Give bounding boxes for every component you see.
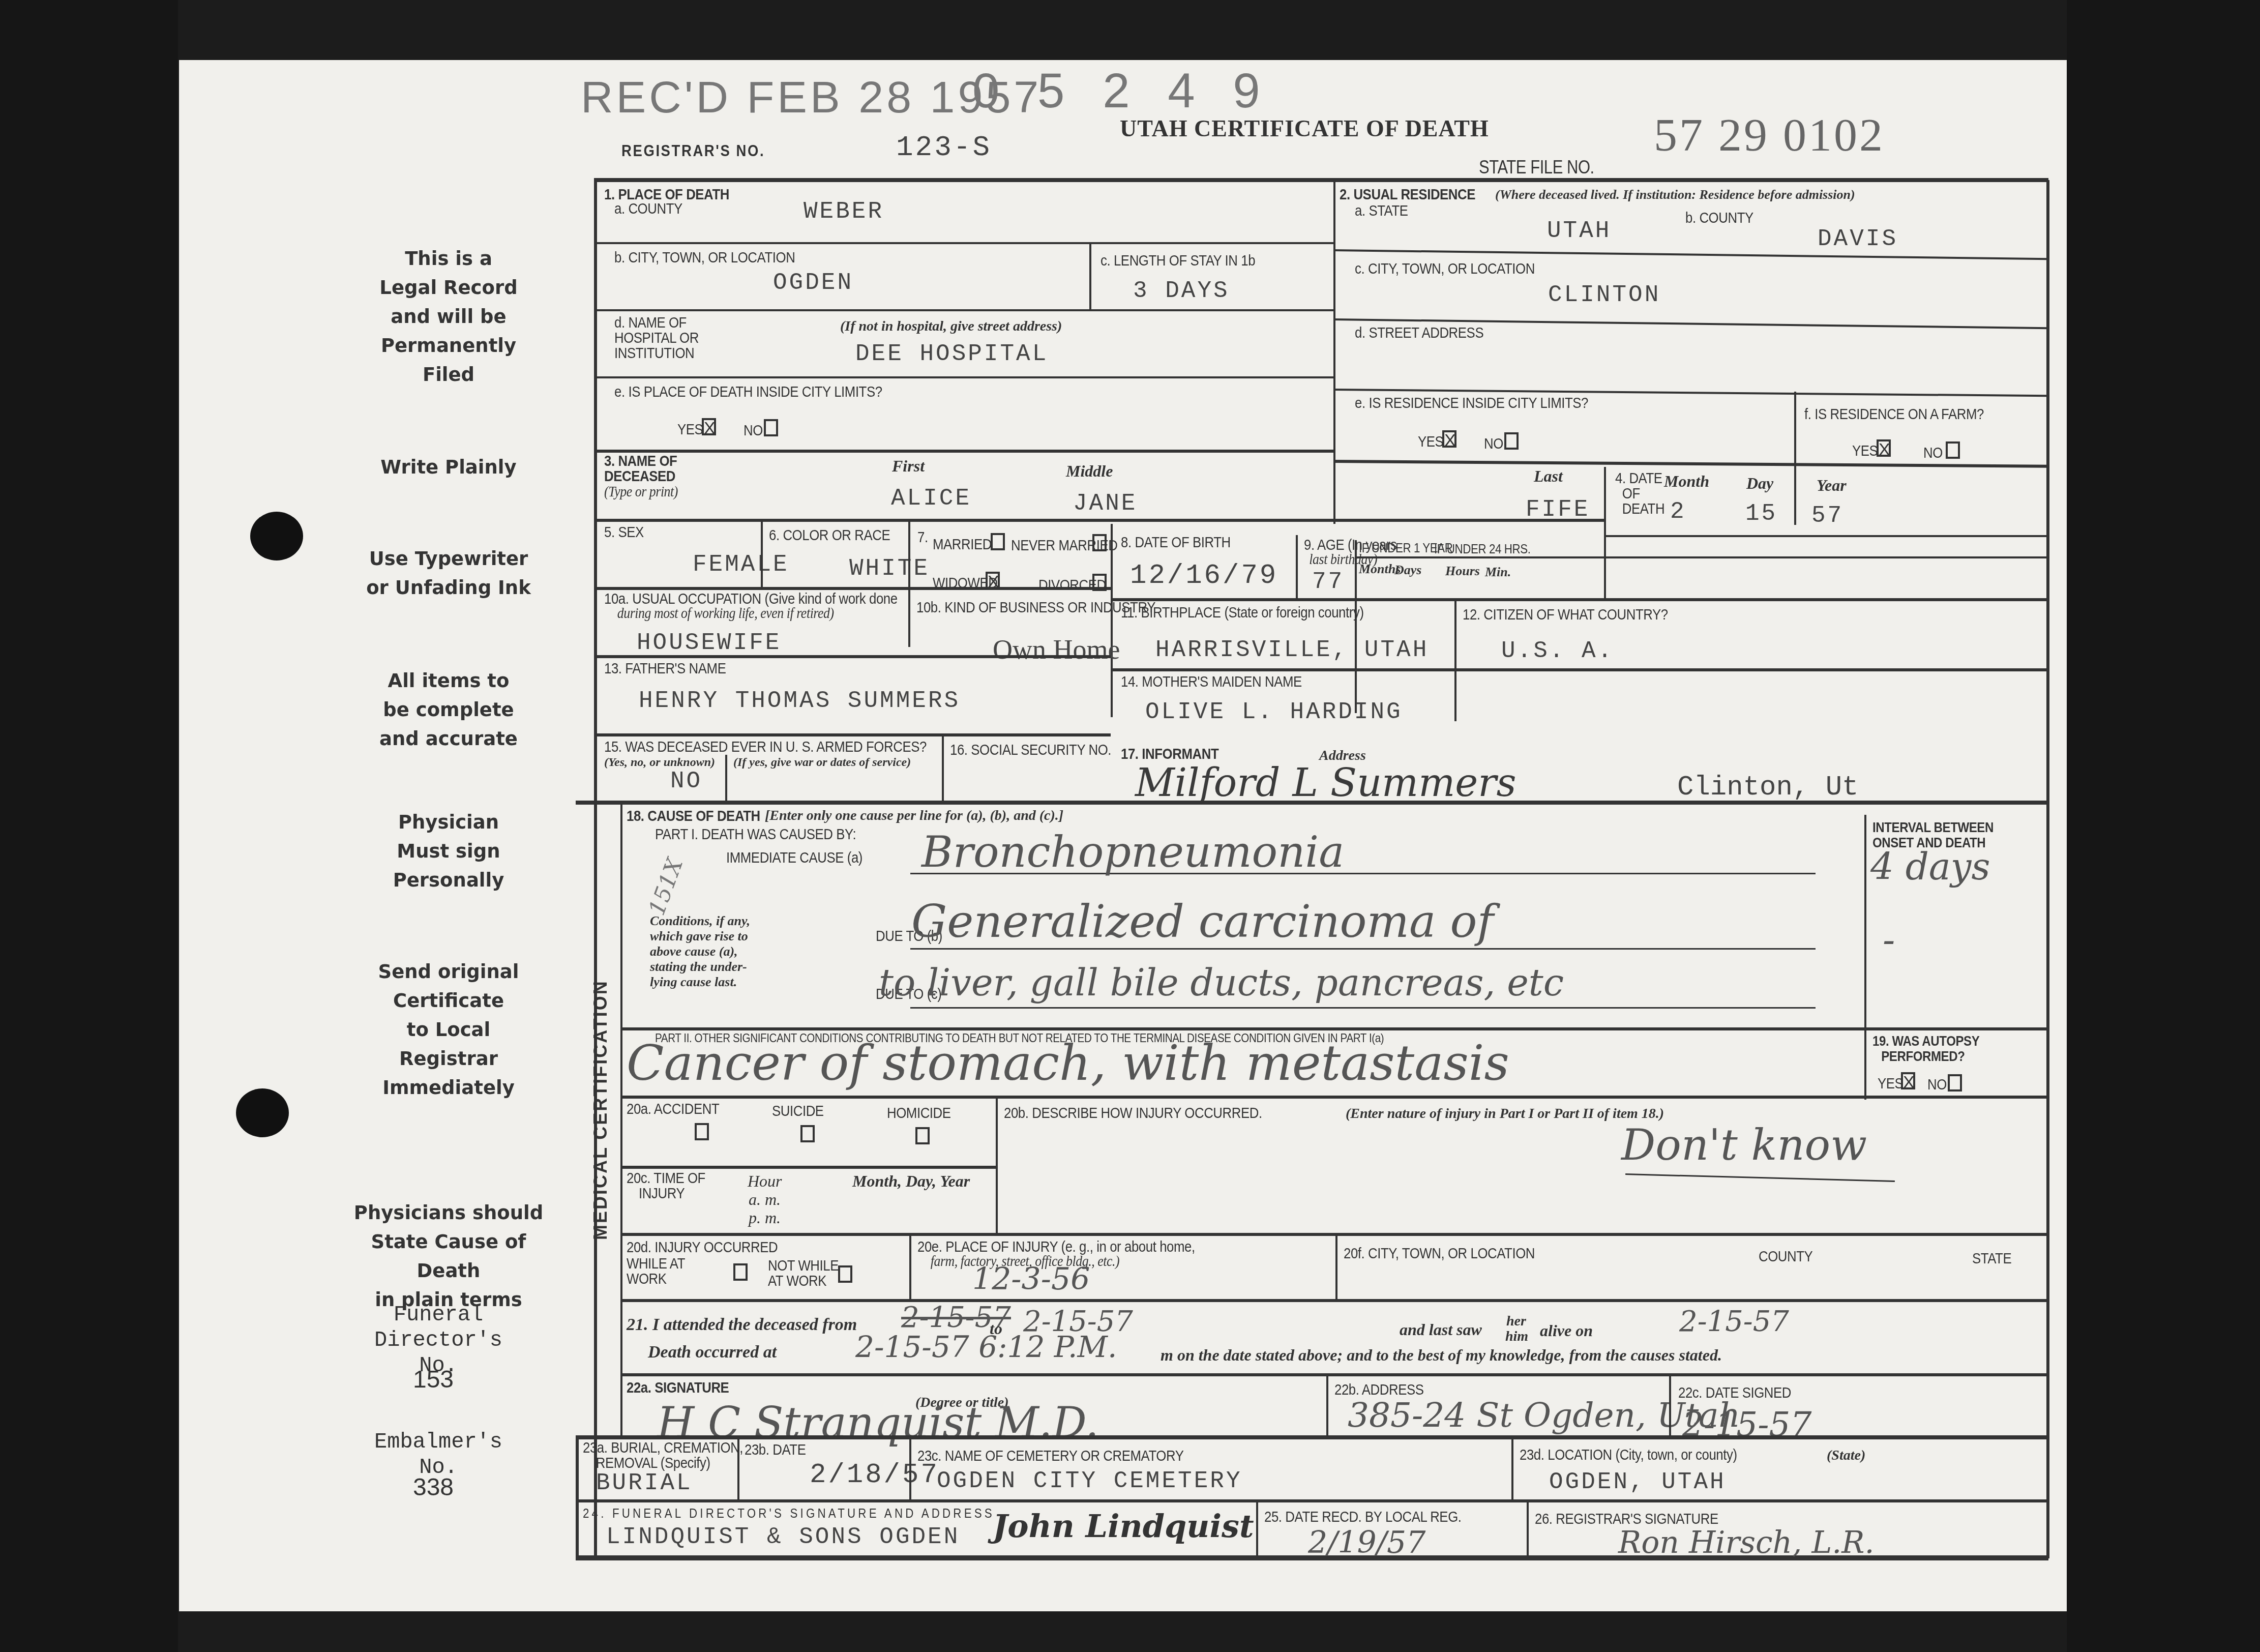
alive-on-label: alive on — [1540, 1321, 1593, 1340]
cause-a: Bronchopneumonia — [921, 827, 1344, 877]
business-label: 10b. KIND OF BUSINESS OR INDUSTRY — [916, 599, 1155, 616]
part2-conditions: Cancer of stomach, with metastasis — [627, 1035, 1509, 1091]
col-divider-main — [1333, 182, 1335, 524]
hospital-label: d. NAME OF HOSPITAL OR INSTITUTION — [614, 315, 699, 361]
mother-label: 14. MOTHER'S MAIDEN NAME — [1121, 673, 1302, 691]
disposition: BURIAL — [596, 1470, 693, 1496]
res-no-label: NO — [1484, 435, 1503, 453]
scan-border-right — [2067, 0, 2260, 1652]
widowed-checkbox[interactable]: X — [986, 572, 1000, 589]
cemetery-label: 23c. NAME OF CEMETERY OR CREMATORY — [917, 1448, 1183, 1465]
citizen: U.S. A. — [1501, 638, 1614, 664]
interval-b: - — [1883, 919, 1895, 961]
while-work-checkbox[interactable] — [733, 1263, 748, 1281]
res-farm-yes-checkbox[interactable]: X — [1877, 439, 1891, 457]
pod-county: WEBER — [804, 198, 884, 225]
armed-forces-hint-yes-no: (Yes, no, or unknown) — [604, 756, 715, 770]
disposition-label: 23a. BURIAL, CREMATION, REMOVAL (Specify… — [583, 1440, 743, 1471]
cause-c: to liver, gall bile ducts, pancreas, etc — [879, 961, 1564, 1004]
funeral-director-no: 153 — [372, 1367, 494, 1393]
margin-plain-terms: Physicians should State Cause of Death i… — [352, 1198, 545, 1314]
while-work-label: WHILE AT WORK — [627, 1256, 685, 1287]
injury-state-label: STATE — [1972, 1250, 2011, 1267]
autopsy-no-checkbox[interactable] — [1948, 1074, 1962, 1091]
pod-city-limits-yes-checkbox[interactable]: X — [702, 418, 716, 435]
pm-label: p. m. — [749, 1208, 781, 1227]
not-while-work-label: NOT WHILE AT WORK — [768, 1258, 839, 1289]
death-occurred-label: Death occurred at — [648, 1343, 777, 1362]
business: Own Home — [993, 634, 1120, 665]
age: 77 — [1312, 569, 1344, 595]
res-city-limits-label: e. IS RESIDENCE INSIDE CITY LIMITS? — [1355, 395, 1588, 412]
autopsy-no-label: NO — [1927, 1076, 1947, 1094]
death-occurred: 2-15-57 6:12 P.M. — [855, 1330, 1117, 1364]
stamp-number: 0 5 2 4 9 — [972, 63, 1272, 119]
first-name: ALICE — [891, 485, 971, 512]
length-of-stay: 3 DAYS — [1133, 278, 1230, 304]
certificate-title: UTAH CERTIFICATE OF DEATH — [1120, 115, 1489, 142]
birthplace: HARRISVILLE, UTAH — [1155, 637, 1429, 663]
residence-hint: (Where deceased lived. If institution: R… — [1495, 187, 1855, 202]
date-signed-label: 22c. DATE SIGNED — [1678, 1384, 1791, 1402]
ssn-label: 16. SOCIAL SECURITY NO. — [950, 742, 1111, 759]
registrar-signature: Ron Hirsch, L.R. — [1618, 1525, 1875, 1560]
res-farm-no-checkbox[interactable] — [1946, 441, 1960, 459]
date-recd: 2/19/57 — [1308, 1525, 1425, 1560]
date-of-death-label: 4. DATE OF DEATH — [1615, 471, 1664, 517]
sex-label: 5. SEX — [604, 524, 644, 541]
autopsy-label: 19. WAS AUTOPSY PERFORMED? — [1872, 1034, 1979, 1064]
race: WHITE — [849, 555, 930, 582]
her-label: her — [1506, 1313, 1526, 1330]
conditions-hint: Conditions, if any, which gave rise to a… — [650, 913, 750, 990]
pod-county-label: a. COUNTY — [614, 200, 682, 218]
form-top-border — [594, 178, 2048, 182]
form-left-border — [594, 178, 597, 1557]
punch-hole-top — [250, 512, 303, 560]
funeral-director: LINDQUIST & SONS OGDEN — [606, 1524, 960, 1550]
day-label: Day — [1746, 474, 1773, 493]
state-file-no: 57 29 0102 — [1654, 108, 1885, 162]
hospital-name: DEE HOSPITAL — [855, 341, 1048, 367]
pod-no-label: NO — [744, 422, 763, 439]
res-city-limits-yes-checkbox[interactable]: X — [1442, 430, 1456, 448]
date-recd-label: 25. DATE RECD. BY LOCAL REG. — [1264, 1509, 1462, 1526]
informant-name: Milford L Summers — [1135, 760, 1516, 805]
margin-write-plainly: Write Plainly — [372, 453, 525, 482]
father-label: 13. FATHER'S NAME — [604, 660, 726, 677]
birth-date-label: 8. DATE OF BIRTH — [1121, 534, 1231, 551]
injury-city-label: 20f. CITY, TOWN, OR LOCATION — [1344, 1245, 1535, 1262]
autopsy-yes-label: YES — [1878, 1075, 1903, 1093]
location-state-label: (State) — [1827, 1448, 1865, 1464]
certify-text: m on the date stated above; and to the b… — [1161, 1346, 1722, 1365]
death-certificate: This is a Legal Record and will be Perma… — [179, 60, 2067, 1611]
suicide-label: SUICIDE — [772, 1103, 824, 1120]
birthplace-label: 11. BIRTHPLACE (State or foreign country… — [1121, 604, 1364, 622]
interval-a: 4 days — [1870, 845, 1990, 888]
month-label: Month — [1664, 472, 1709, 491]
res-county: DAVIS — [1818, 226, 1898, 252]
middle-name: JANE — [1073, 490, 1137, 517]
birth-date: 12/16/79 — [1130, 560, 1278, 592]
hours-label: Hours — [1445, 564, 1480, 579]
first-name-label: First — [892, 457, 925, 476]
mother-name: OLIVE L. HARDING — [1145, 699, 1403, 725]
homicide-checkbox[interactable] — [915, 1127, 930, 1144]
hour-label: Hour — [748, 1172, 782, 1191]
immediate-cause-label: IMMEDIATE CAUSE (a) — [726, 849, 863, 867]
attended-label: 21. I attended the deceased from — [627, 1315, 857, 1335]
pod-city-label: b. CITY, TOWN, OR LOCATION — [614, 249, 795, 267]
race-label: 6. COLOR OR RACE — [769, 527, 890, 544]
last-saw-label: and last saw — [1400, 1320, 1482, 1339]
registrar-no-label: REGISTRAR'S NO. — [621, 141, 765, 160]
medical-certification-label: MEDICAL CERTIFICATION — [590, 980, 611, 1240]
min-label: Min. — [1485, 565, 1511, 580]
registrar-no: 123-S — [896, 131, 992, 164]
res-state-label: a. STATE — [1355, 202, 1408, 220]
last-name-label: Last — [1534, 467, 1563, 486]
place-injury: 12-3-56 — [972, 1261, 1090, 1297]
pod-city: OGDEN — [773, 270, 853, 296]
farm-no-label: NO — [1923, 445, 1943, 462]
margin-send-original: Send original Certificate to Local Regis… — [372, 957, 525, 1102]
form-right-border — [2046, 180, 2049, 1558]
mdy-label: Month, Day, Year — [852, 1172, 970, 1191]
length-of-stay-label: c. LENGTH OF STAY IN 1b — [1101, 252, 1255, 270]
armed-forces-hint-service: (If yes, give war or dates of service) — [733, 756, 911, 770]
cause-of-death-label: 18. CAUSE OF DEATH — [627, 808, 760, 825]
pod-city-limits-label: e. IS PLACE OF DEATH INSIDE CITY LIMITS? — [614, 383, 882, 401]
not-while-work-checkbox[interactable] — [838, 1265, 852, 1283]
signature-label: 22a. SIGNATURE — [627, 1379, 729, 1397]
embalmer-no-label: Embalmer's No. — [352, 1429, 525, 1480]
death-month: 2 — [1670, 498, 1686, 525]
annotation-151x: 151X — [644, 855, 688, 919]
married-checkbox[interactable] — [991, 533, 1005, 550]
him-label: him — [1505, 1329, 1528, 1345]
injury-how-label: 20b. DESCRIBE HOW INJURY OCCURRED. — [1004, 1105, 1262, 1122]
am-label: a. m. — [749, 1190, 781, 1209]
days-label: Days — [1394, 563, 1421, 578]
hospital-hint: (If not in hospital, give street address… — [840, 318, 1062, 335]
margin-legal-record: This is a Legal Record and will be Perma… — [372, 244, 525, 389]
year-label: Year — [1817, 476, 1847, 495]
father-name: HENRY THOMAS SUMMERS — [639, 688, 960, 714]
res-farm-label: f. IS RESIDENCE ON A FARM? — [1804, 406, 1984, 423]
burial-date-label: 23b. DATE — [745, 1441, 806, 1459]
accident-checkbox[interactable] — [695, 1123, 709, 1140]
under-24-hrs-label: IF UNDER 24 HRS. — [1434, 541, 1530, 557]
location: OGDEN, UTAH — [1549, 1469, 1726, 1495]
occupation: HOUSEWIFE — [637, 630, 781, 656]
scan-border-left — [0, 0, 178, 1652]
time-injury-label: 20c. TIME OF INJURY — [627, 1171, 705, 1201]
occupation-label: 10a. USUAL OCCUPATION (Give kind of work… — [604, 592, 898, 621]
never-married-checkbox[interactable] — [1092, 534, 1107, 551]
marital-label: 7. — [917, 529, 928, 546]
residence-label: 2. USUAL RESIDENCE — [1340, 186, 1475, 203]
margin-physician-sign: Physician Must sign Personally — [372, 808, 525, 895]
cause-of-death-hint: [Enter only one cause per line for (a), … — [765, 808, 1063, 824]
injury-how: Don't know — [1621, 1120, 1867, 1170]
autopsy-yes-checkbox[interactable]: X — [1901, 1072, 1915, 1089]
embalmer-no: 338 — [372, 1475, 494, 1500]
res-city: CLINTON — [1548, 282, 1660, 308]
punch-hole-bottom — [236, 1088, 289, 1137]
death-day: 15 — [1745, 500, 1777, 527]
injury-how-hint: (Enter nature of injury in Part I or Par… — [1346, 1106, 1664, 1122]
injury-county-label: COUNTY — [1759, 1248, 1812, 1265]
death-year: 57 — [1811, 503, 1843, 529]
location-label: 23d. LOCATION (City, town, or county) — [1520, 1447, 1737, 1464]
cause-b: Generalized carcinoma of — [911, 895, 1494, 948]
injury-occurred-label: 20d. INJURY OCCURRED — [627, 1239, 778, 1256]
middle-name-label: Middle — [1066, 462, 1113, 481]
res-city-label: c. CITY, TOWN, OR LOCATION — [1355, 260, 1535, 278]
suicide-checkbox[interactable] — [800, 1125, 815, 1142]
armed-forces-label: 15. WAS DECEASED EVER IN U. S. ARMED FOR… — [604, 739, 927, 756]
res-state: UTAH — [1547, 218, 1611, 244]
res-yes-label: YES — [1418, 433, 1443, 451]
part1-label: PART I. DEATH WAS CAUSED BY: — [655, 826, 856, 843]
married-label: MARRIED — [933, 536, 992, 553]
alive-on: 2-15-57 — [1679, 1305, 1789, 1338]
pod-city-limits-no-checkbox[interactable] — [764, 419, 778, 436]
pod-yes-label: YES — [677, 421, 703, 438]
res-county-label: b. COUNTY — [1685, 210, 1753, 227]
funeral-director-signature: John Lindquist — [993, 1508, 1254, 1545]
deceased-name-label: 3. NAME OF DECEASED (Type or print) — [604, 454, 678, 499]
res-city-limits-no-checkbox[interactable] — [1504, 432, 1519, 450]
armed-forces: NO — [670, 768, 702, 794]
informant-address: Clinton, Ut — [1677, 772, 1858, 803]
sex: FEMALE — [693, 551, 789, 578]
cemetery: OGDEN CITY CEMETERY — [937, 1468, 1242, 1494]
citizen-label: 12. CITIZEN OF WHAT COUNTRY? — [1463, 606, 1668, 624]
margin-complete: All items to be complete and accurate — [372, 666, 525, 753]
res-street-label: d. STREET ADDRESS — [1355, 324, 1483, 342]
funeral-director-label: 24. FUNERAL DIRECTOR'S SIGNATURE AND ADD… — [583, 1506, 995, 1521]
homicide-label: HOMICIDE — [887, 1105, 951, 1122]
state-file-label: STATE FILE NO. — [1479, 157, 1594, 178]
margin-typewriter: Use Typewriter or Unfading Ink — [362, 544, 535, 602]
farm-yes-label: YES — [1852, 442, 1878, 460]
accident-label: 20a. ACCIDENT — [627, 1101, 719, 1118]
